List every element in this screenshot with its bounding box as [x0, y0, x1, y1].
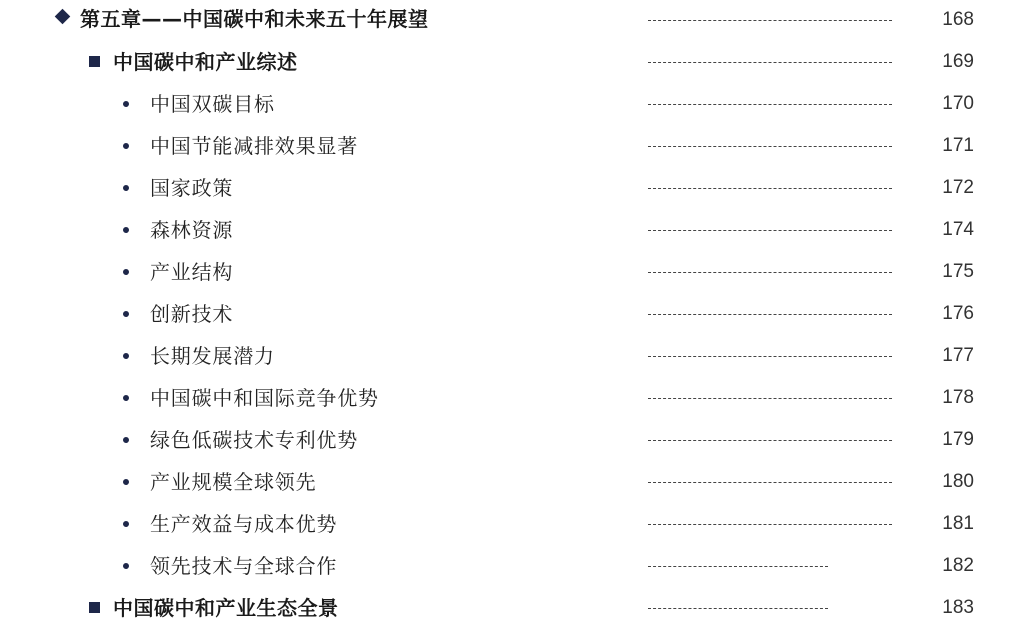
toc-entry-title: 领先技术与全球合作 [150, 556, 337, 576]
toc-entry-title: 第五章——中国碳中和未来五十年展望 [80, 9, 429, 29]
toc-page-number: 174 [930, 220, 974, 239]
toc-entry-title: 产业规模全球领先 [150, 472, 316, 492]
toc-entry-subsection[interactable]: 产业结构 175 [0, 252, 1024, 294]
toc-entry-subsection[interactable]: 领先技术与全球合作 182 [0, 546, 1024, 588]
toc-page-number: 172 [930, 178, 974, 197]
dot-bullet-icon [123, 269, 129, 275]
dotted-leader [648, 188, 892, 189]
dotted-leader [648, 272, 892, 273]
dotted-leader [648, 440, 892, 441]
toc-entry-title: 森林资源 [150, 220, 233, 240]
toc-page-number: 170 [930, 94, 974, 113]
dotted-leader [648, 104, 892, 105]
toc-entry-title: 中国节能减排效果显著 [150, 136, 358, 156]
toc-entry-title: 绿色低碳技术专利优势 [150, 430, 358, 450]
dot-bullet-icon [123, 227, 129, 233]
toc-entry-title: 中国碳中和产业综述 [113, 52, 298, 72]
toc-entry-subsection[interactable]: 中国节能减排效果显著 171 [0, 126, 1024, 168]
dot-bullet-icon [123, 311, 129, 317]
toc-entry-title: 生产效益与成本优势 [150, 514, 337, 534]
toc-entry-subsection[interactable]: 产业规模全球领先 180 [0, 462, 1024, 504]
toc-entry-subsection[interactable]: 中国碳中和国际竞争优势 178 [0, 378, 1024, 420]
toc-entry-title: 中国碳中和国际竞争优势 [150, 388, 379, 408]
toc-page-number: 171 [930, 136, 974, 155]
dotted-leader [648, 356, 892, 357]
dot-bullet-icon [123, 353, 129, 359]
toc-entry-section[interactable]: 中国碳中和产业生态全景 183 [0, 588, 1024, 630]
dot-bullet-icon [123, 437, 129, 443]
toc-entry-section[interactable]: 中国碳中和产业综述 169 [0, 42, 1024, 84]
toc-entry-subsection[interactable]: 国家政策 172 [0, 168, 1024, 210]
diamond-bullet-icon [55, 9, 68, 22]
dotted-leader [648, 482, 892, 483]
toc-entry-title: 中国碳中和产业生态全景 [113, 598, 339, 618]
dotted-leader [648, 146, 892, 147]
toc-entry-subsection[interactable]: 绿色低碳技术专利优势 179 [0, 420, 1024, 462]
toc-entry-subsection[interactable]: 创新技术 176 [0, 294, 1024, 336]
toc-entry-title: 中国双碳目标 [150, 94, 275, 114]
table-of-contents: 第五章——中国碳中和未来五十年展望 168 中国碳中和产业综述 169 中国双碳… [0, 0, 1024, 632]
dotted-leader [648, 398, 892, 399]
dot-bullet-icon [123, 185, 129, 191]
dot-bullet-icon [123, 143, 129, 149]
toc-page-number: 177 [930, 346, 974, 365]
dotted-leader [648, 566, 828, 567]
square-bullet-icon [89, 56, 100, 67]
toc-entry-subsection[interactable]: 长期发展潜力 177 [0, 336, 1024, 378]
dotted-leader [648, 230, 892, 231]
toc-page-number: 180 [930, 472, 974, 491]
dotted-leader [648, 608, 828, 609]
toc-entry-subsection[interactable]: 生产效益与成本优势 181 [0, 504, 1024, 546]
square-bullet-icon [89, 602, 100, 613]
toc-entry-subsection[interactable]: 中国双碳目标 170 [0, 84, 1024, 126]
dotted-leader [648, 314, 892, 315]
toc-page-number: 176 [930, 304, 974, 323]
toc-entry-chapter[interactable]: 第五章——中国碳中和未来五十年展望 168 [0, 0, 1024, 42]
toc-page-number: 178 [930, 388, 974, 407]
toc-entry-title: 产业结构 [150, 262, 233, 282]
dotted-leader [648, 62, 892, 63]
dotted-leader [648, 524, 892, 525]
dotted-leader [648, 20, 892, 21]
dot-bullet-icon [123, 101, 129, 107]
toc-page-number: 183 [930, 598, 974, 617]
toc-page-number: 179 [930, 430, 974, 449]
dot-bullet-icon [123, 521, 129, 527]
toc-page-number: 168 [930, 10, 974, 29]
dot-bullet-icon [123, 479, 129, 485]
toc-entry-title: 国家政策 [150, 178, 233, 198]
toc-entry-subsection[interactable]: 森林资源 174 [0, 210, 1024, 252]
toc-page-number: 169 [930, 52, 974, 71]
toc-page-number: 175 [930, 262, 974, 281]
toc-page-number: 181 [930, 514, 974, 533]
toc-entry-title: 长期发展潜力 [150, 346, 275, 366]
dot-bullet-icon [123, 395, 129, 401]
dot-bullet-icon [123, 563, 129, 569]
toc-entry-title: 创新技术 [150, 304, 233, 324]
toc-page-number: 182 [930, 556, 974, 575]
